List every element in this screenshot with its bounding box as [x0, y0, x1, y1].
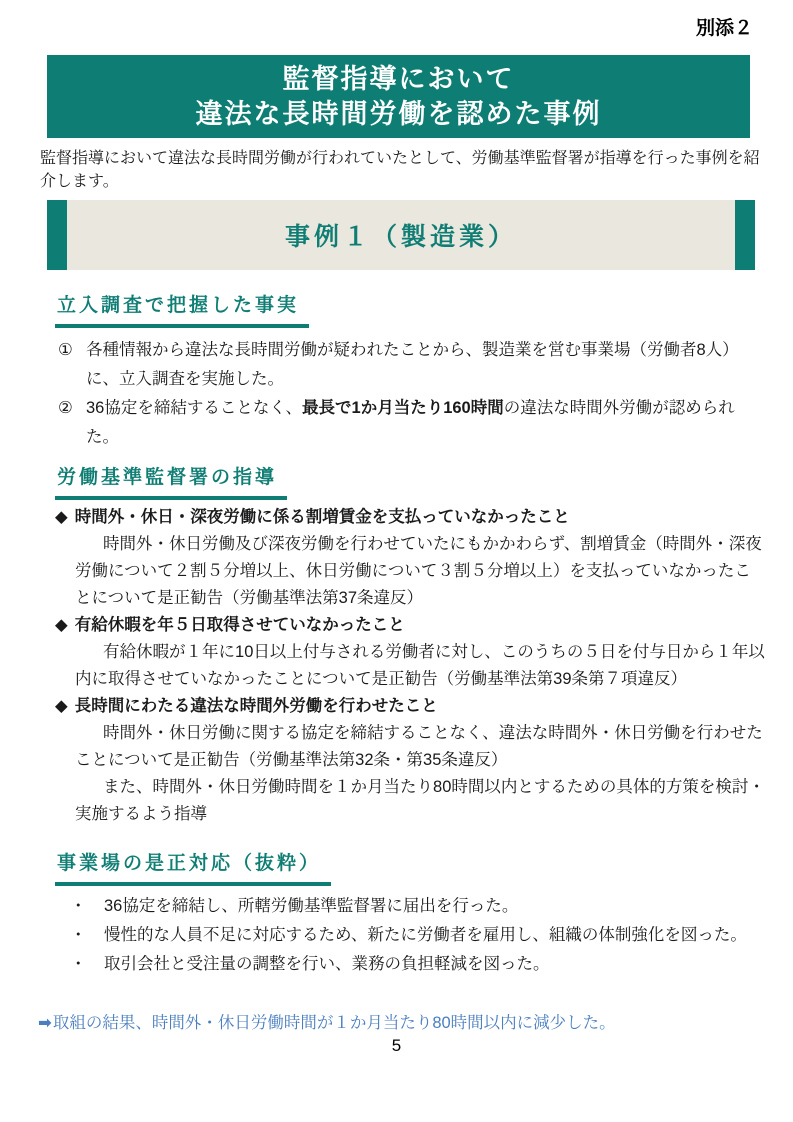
diamond-bullet-icon: ◆	[55, 616, 68, 634]
response-heading: 事業場の是正対応（抜粋）	[55, 848, 331, 886]
fact-item-2: ② 36協定を締結することなく、最長で1か月当たり160時間の違法な時間外労働が…	[58, 394, 767, 452]
diamond-bullet-icon: ◆	[55, 508, 68, 526]
fact-item-2-text: 36協定を締結することなく、最長で1か月当たり160時間の違法な時間外労働が認め…	[86, 394, 767, 452]
fact-2-bold: 最長で1か月当たり160時間	[302, 399, 504, 417]
fact-item-1: ① 各種情報から違法な長時間労働が疑われたことから、製造業を営む事業場（労働者8…	[58, 336, 767, 394]
guidance-item-1-paragraph: 時間外・休日労働及び深夜労働を行わせていたにもかかわらず、割増賃金（時間外・深夜…	[75, 531, 767, 612]
document-page: 別添２ 監督指導において 違法な長時間労働を認めた事例 監督指導において違法な長…	[0, 0, 793, 1056]
guidance-item-3: ◆長時間にわたる違法な時間外労働を行わせたこと 時間外・休日労働に関する協定を締…	[55, 693, 767, 828]
response-item-3: ・ 取引会社と受注量の調整を行い、業務の負担軽減を図った。	[70, 950, 767, 978]
guidance-item-1: ◆時間外・休日・深夜労働に係る割増賃金を支払っていなかったこと 時間外・休日労働…	[55, 504, 767, 612]
case-1-title: 事例１（製造業）	[67, 200, 735, 270]
guidance-item-3-paragraph-2: また、時間外・休日労働時間を１か月当たり80時間以内とするための具体的方策を検討…	[75, 774, 767, 828]
guidance-list: ◆時間外・休日・深夜労働に係る割増賃金を支払っていなかったこと 時間外・休日労働…	[55, 504, 767, 828]
fact-2-pre: 36協定を締結することなく、	[86, 399, 302, 417]
response-item-2: ・ 慢性的な人員不足に対応するため、新たに労働者を雇用し、組織の体制強化を図った…	[70, 921, 767, 949]
fact-item-1-text: 各種情報から違法な長時間労働が疑われたことから、製造業を営む事業場（労働者8人）…	[86, 336, 767, 394]
diamond-bullet-icon: ◆	[55, 697, 68, 715]
result-line: ➡取組の結果、時間外・休日労働時間が１か月当たり80時間以内に減少した。	[38, 1009, 773, 1033]
band-left-bar	[47, 200, 67, 270]
facts-heading: 立入調査で把握した事実	[55, 290, 309, 328]
main-title-line1: 監督指導において	[47, 62, 750, 97]
guidance-item-2-title: ◆有給休暇を年５日取得させていなかったこと	[55, 612, 767, 639]
dot-bullet-icon: ・	[70, 950, 104, 978]
page-number: 5	[0, 1036, 793, 1056]
response-item-3-text: 取引会社と受注量の調整を行い、業務の負担軽減を図った。	[104, 950, 767, 978]
response-item-2-text: 慢性的な人員不足に対応するため、新たに労働者を雇用し、組織の体制強化を図った。	[104, 921, 767, 949]
dot-bullet-icon: ・	[70, 921, 104, 949]
guidance-heading: 労働基準監督署の指導	[55, 462, 287, 500]
guidance-item-3-title: ◆長時間にわたる違法な時間外労働を行わせたこと	[55, 693, 767, 720]
fact-1-pre: 各種情報から違法な長時間労働が疑われたことから、製造業を営む事業場（労働者8人）…	[86, 341, 739, 388]
dot-bullet-icon: ・	[70, 892, 104, 920]
guidance-item-2: ◆有給休暇を年５日取得させていなかったこと 有給休暇が１年に10日以上付与される…	[55, 612, 767, 693]
guidance-item-3-paragraph-1: 時間外・休日労働に関する協定を締結することなく、違法な時間外・休日労働を行わせた…	[75, 720, 767, 774]
guidance-item-2-paragraph: 有給休暇が１年に10日以上付与される労働者に対し、このうちの５日を付与日から１年…	[75, 639, 767, 693]
band-right-bar	[735, 200, 755, 270]
attachment-tag: 別添２	[0, 0, 793, 40]
intro-paragraph: 監督指導において違法な長時間労働が行われていたとして、労働基準監督署が指導を行っ…	[40, 147, 763, 193]
main-title-banner: 監督指導において 違法な長時間労働を認めた事例	[47, 55, 750, 138]
circled-number-2-icon: ②	[58, 394, 86, 452]
response-item-1: ・ 36協定を締結し、所轄労働基準監督署に届出を行った。	[70, 892, 767, 920]
facts-list: ① 各種情報から違法な長時間労働が疑われたことから、製造業を営む事業場（労働者8…	[58, 336, 767, 452]
guidance-item-1-title-text: 時間外・休日・深夜労働に係る割増賃金を支払っていなかったこと	[75, 508, 570, 526]
circled-number-1-icon: ①	[58, 336, 86, 394]
guidance-item-3-title-text: 長時間にわたる違法な時間外労働を行わせたこと	[75, 697, 438, 715]
right-arrow-icon: ➡	[38, 1014, 52, 1032]
guidance-item-2-title-text: 有給休暇を年５日取得させていなかったこと	[75, 616, 405, 634]
guidance-item-1-title: ◆時間外・休日・深夜労働に係る割増賃金を支払っていなかったこと	[55, 504, 767, 531]
result-text: 取組の結果、時間外・休日労働時間が１か月当たり80時間以内に減少した。	[53, 1014, 616, 1032]
response-item-1-text: 36協定を締結し、所轄労働基準監督署に届出を行った。	[104, 892, 767, 920]
main-title-line2: 違法な長時間労働を認めた事例	[47, 97, 750, 132]
response-list: ・ 36協定を締結し、所轄労働基準監督署に届出を行った。 ・ 慢性的な人員不足に…	[70, 892, 767, 978]
case-1-band: 事例１（製造業）	[47, 200, 755, 270]
